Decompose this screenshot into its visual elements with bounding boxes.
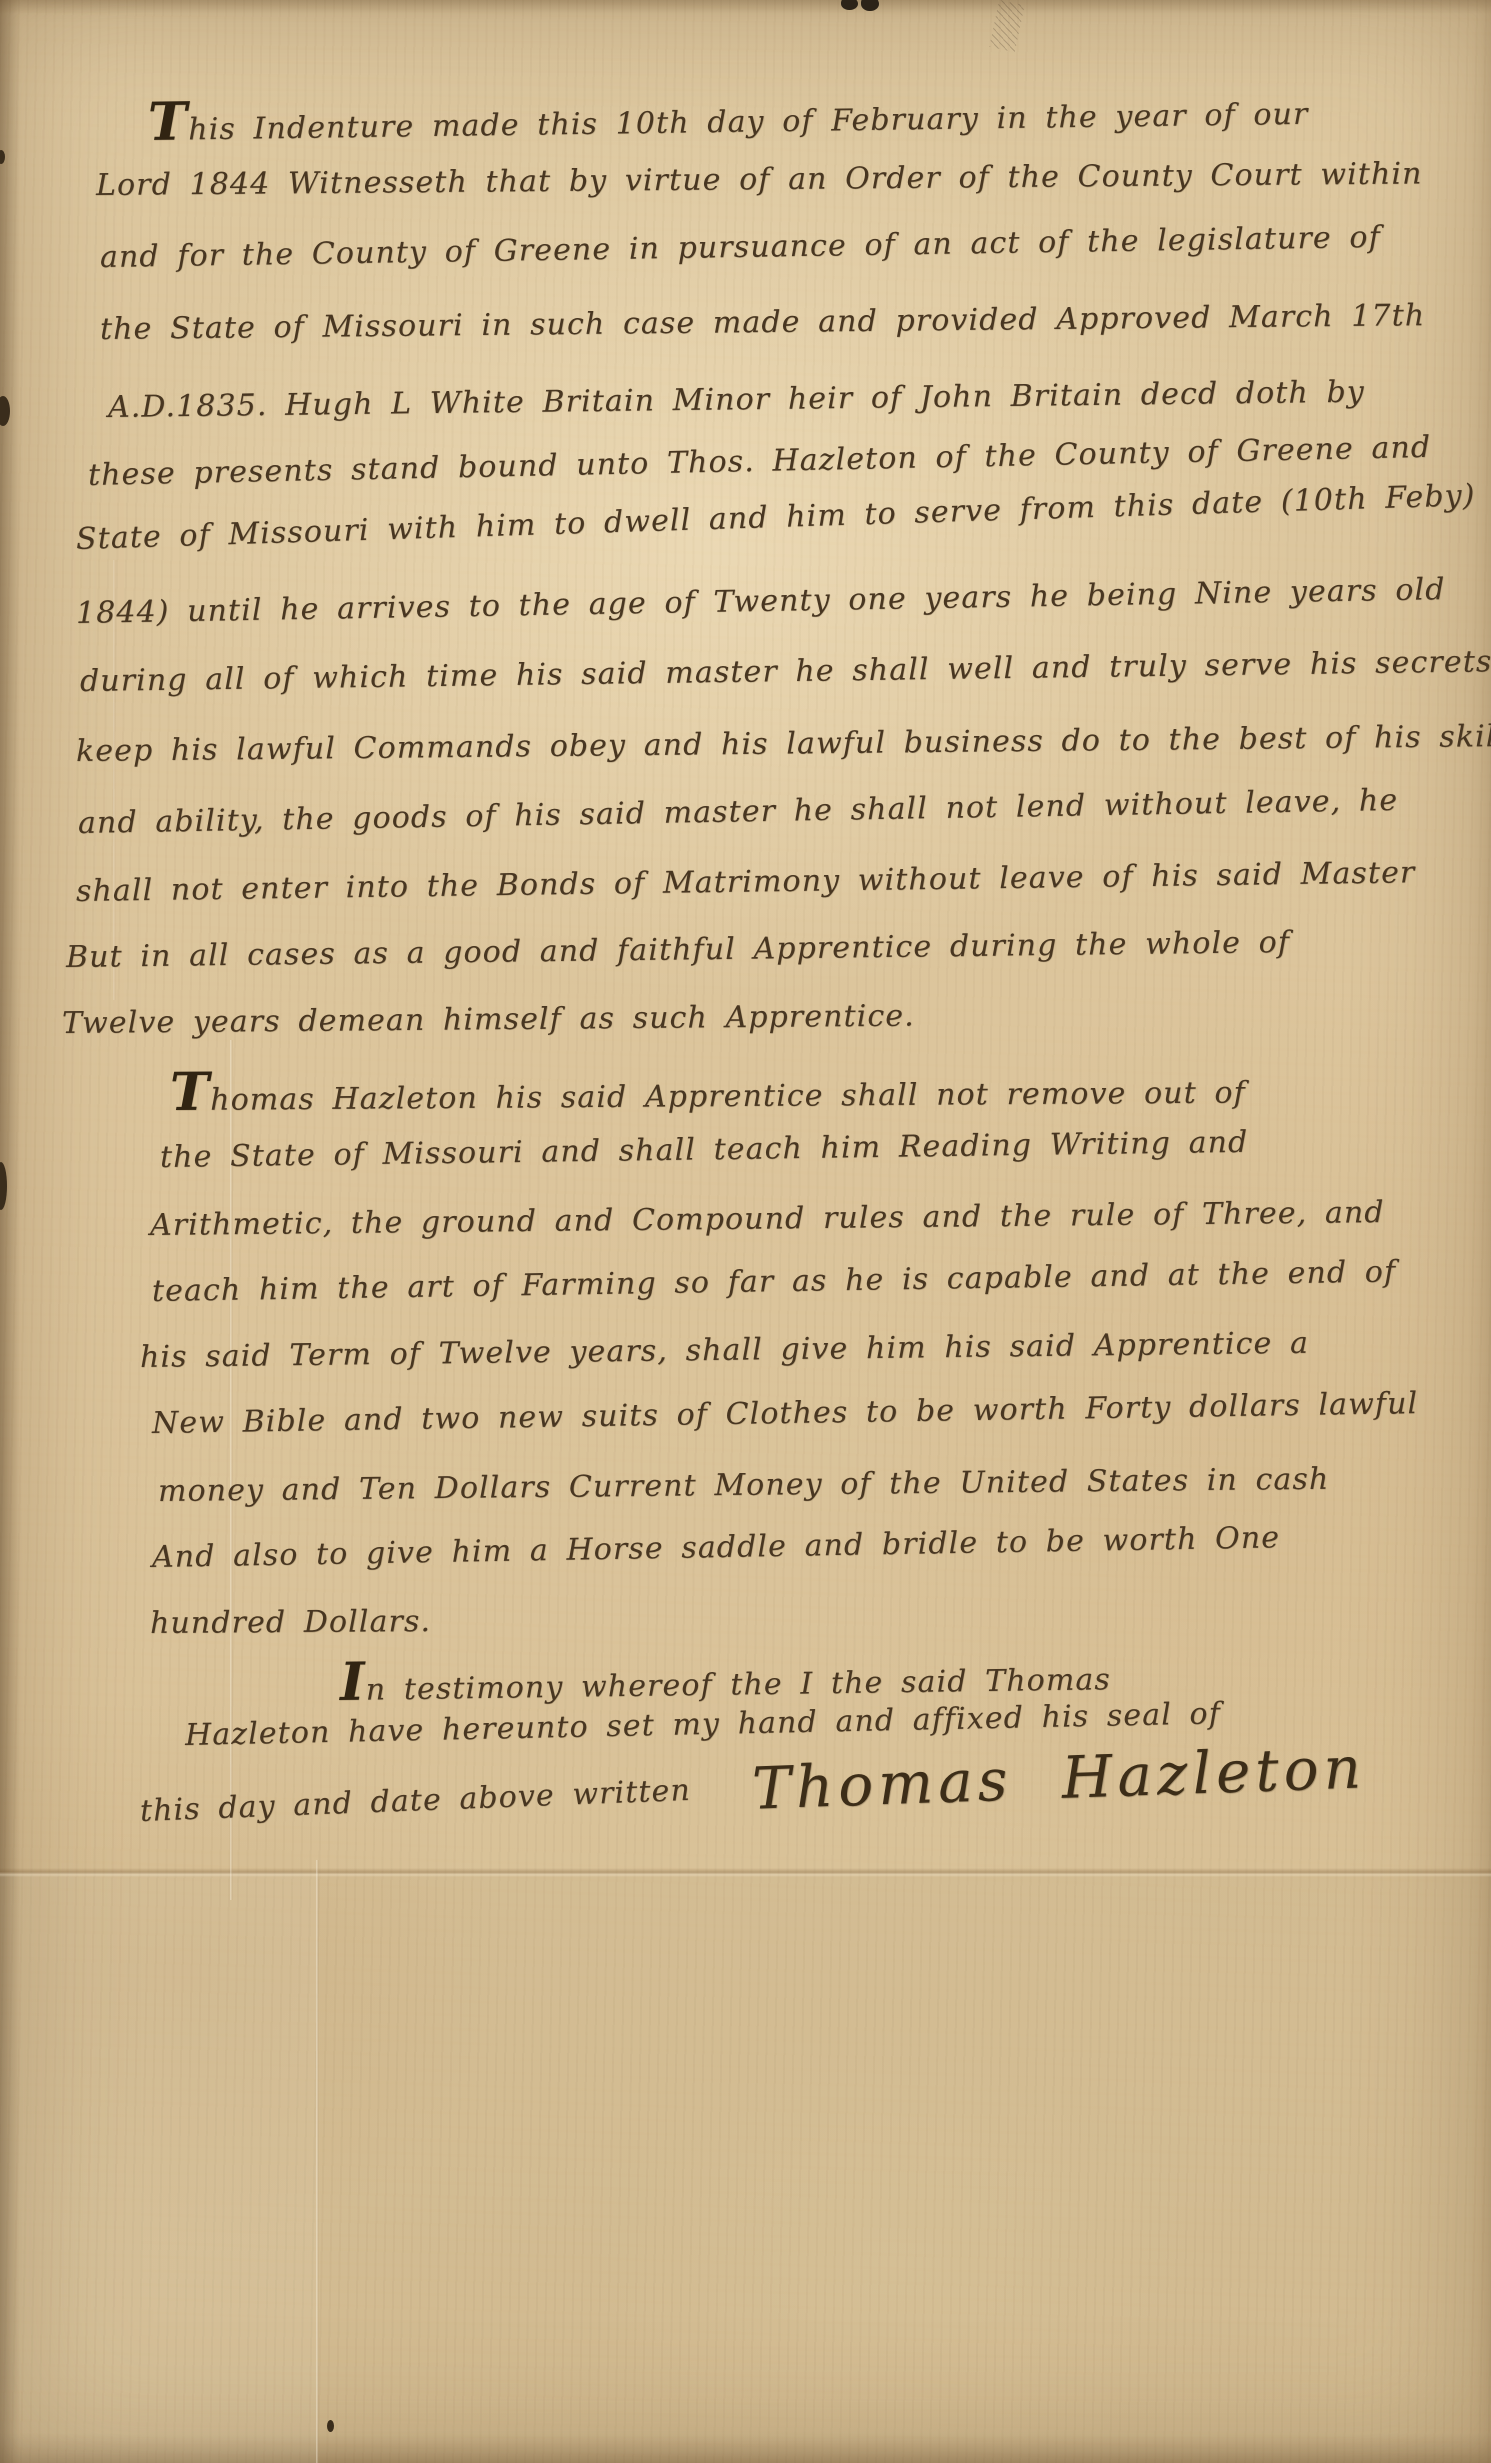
document-line-1: This Indenture made this 10th day of Feb… xyxy=(148,76,1309,153)
manuscript-page: This Indenture made this 10th day of Feb… xyxy=(0,0,1491,2463)
document-line-22: And also to give him a Horse saddle and … xyxy=(152,1520,1281,1575)
top-edge-shadow xyxy=(0,0,1491,14)
document-line-16: the State of Missouri and shall teach hi… xyxy=(160,1125,1249,1175)
document-line-17: Arithmetic, the ground and Compound rule… xyxy=(150,1195,1385,1243)
left-edge-shadow xyxy=(0,0,20,2463)
ink-blot-top-1 xyxy=(841,0,858,10)
below-fold-light-panel xyxy=(0,1872,318,2463)
document-line-10: keep his lawful Commands obey and his la… xyxy=(76,719,1491,769)
edge-speck-1 xyxy=(0,396,10,426)
document-line-9: during all of which time his said master… xyxy=(80,644,1491,699)
document-line-4: the State of Missouri in such case made … xyxy=(100,298,1426,347)
bottom-edge-shadow xyxy=(0,2433,1491,2463)
document-line-11: and ability, the goods of his said maste… xyxy=(78,783,1399,841)
document-line-18: teach him the art of Farming so far as h… xyxy=(152,1254,1397,1309)
edge-speck-2 xyxy=(0,1162,7,1210)
bottom-speck xyxy=(327,2420,334,2432)
document-line-15: Thomas Hazleton his said Apprentice shal… xyxy=(170,1054,1246,1123)
document-line-19: his said Term of Twelve years, shall giv… xyxy=(140,1326,1309,1375)
pencil-scratch-top-right xyxy=(989,0,1024,52)
below-fold-tone xyxy=(0,1872,1491,2463)
document-line-12: shall not enter into the Bonds of Matrim… xyxy=(76,855,1416,909)
document-line-3: and for the County of Greene in pursuanc… xyxy=(100,220,1381,275)
edge-speck-3 xyxy=(0,150,5,164)
document-line-21: money and Ten Dollars Current Money of t… xyxy=(158,1462,1330,1509)
document-line-7: State of Missouri with him to dwell and … xyxy=(75,478,1476,557)
document-line-5: A.D.1835. Hugh L White Britain Minor hei… xyxy=(108,375,1365,425)
document-line-20: New Bible and two new suits of Clothes t… xyxy=(152,1386,1419,1441)
document-line-6: these presents stand bound unto Thos. Ha… xyxy=(88,430,1432,493)
horizontal-fold-crease xyxy=(0,1868,1491,1877)
signature-thomas-hazleton: Thomas Hazleton xyxy=(751,1733,1367,1822)
document-line-2: Lord 1844 Witnesseth that by virtue of a… xyxy=(96,156,1423,203)
document-line-14: Twelve years demean himself as such Appr… xyxy=(62,999,915,1041)
ink-blot-top-2 xyxy=(861,0,879,11)
document-line-13: But in all cases as a good and faithful … xyxy=(66,925,1290,975)
document-line-8: 1844) until he arrives to the age of Twe… xyxy=(76,572,1446,631)
document-line-23: hundred Dollars. xyxy=(150,1604,431,1641)
vertical-fold-crease-bottom xyxy=(316,1860,319,2463)
document-line-26: this day and date above written xyxy=(139,1773,691,1829)
